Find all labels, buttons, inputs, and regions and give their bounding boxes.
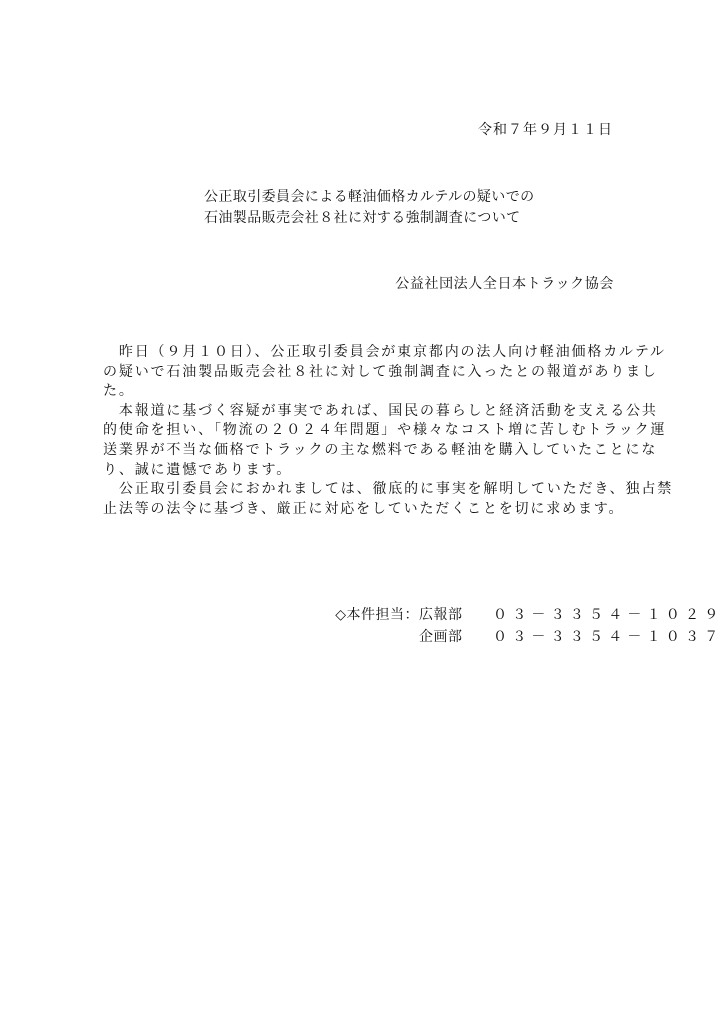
body-line: 公正取引委員会におかれましては、徹底的に事実を解明していただき、独占禁 — [103, 480, 623, 500]
body-line: 昨日（９月１０日）、公正取引委員会が東京都内の法人向け軽油価格カルテル — [103, 343, 623, 363]
body-line: り、誠に遺憾であります。 — [103, 461, 623, 481]
contact-block: ◇本件担当： 広報部 ０３－３３５４－１０２９ 企画部 ０３－３３５４－１０３７ — [279, 604, 723, 648]
contact-phone: ０３－３３５４－１０３７ — [493, 626, 723, 648]
body-line: 本報道に基づく容疑が事実であれば、国民の暮らしと経済活動を支える公共 — [103, 402, 623, 422]
contact-department: 企画部 — [419, 626, 469, 648]
document-date: 令和７年９月１１日 — [478, 121, 613, 141]
body-line: 止法等の法令に基づき、厳正に対応をしていただくことを切に求めます。 — [103, 500, 623, 520]
document-title-line-1: 公正取引委員会による軽油価格カルテルの疑いでの — [204, 188, 535, 208]
document-body: 昨日（９月１０日）、公正取引委員会が東京都内の法人向け軽油価格カルテル の疑いで… — [103, 343, 623, 519]
body-line: 送業界が不当な価格でトラックの主な燃料である軽油を購入していたことにな — [103, 441, 623, 461]
contact-row: 企画部 ０３－３３５４－１０３７ — [279, 626, 723, 648]
body-line: た。 — [103, 382, 623, 402]
issuing-organization: 公益社団法人全日本トラック協会 — [395, 275, 614, 295]
contact-label: ◇本件担当： — [279, 604, 419, 626]
contact-department: 広報部 — [419, 604, 469, 626]
contact-label-spacer — [279, 626, 419, 648]
contact-phone: ０３－３３５４－１０２９ — [493, 604, 723, 626]
body-line: の疑いで石油製品販売会社８社に対して強制調査に入ったとの報道がありまし — [103, 363, 623, 383]
document-title-line-2: 石油製品販売会社８社に対する強制調査について — [204, 209, 521, 229]
body-line: 的使命を担い、「物流の２０２４年問題」や様々なコスト増に苦しむトラック運 — [103, 421, 623, 441]
contact-row: ◇本件担当： 広報部 ０３－３３５４－１０２９ — [279, 604, 723, 626]
